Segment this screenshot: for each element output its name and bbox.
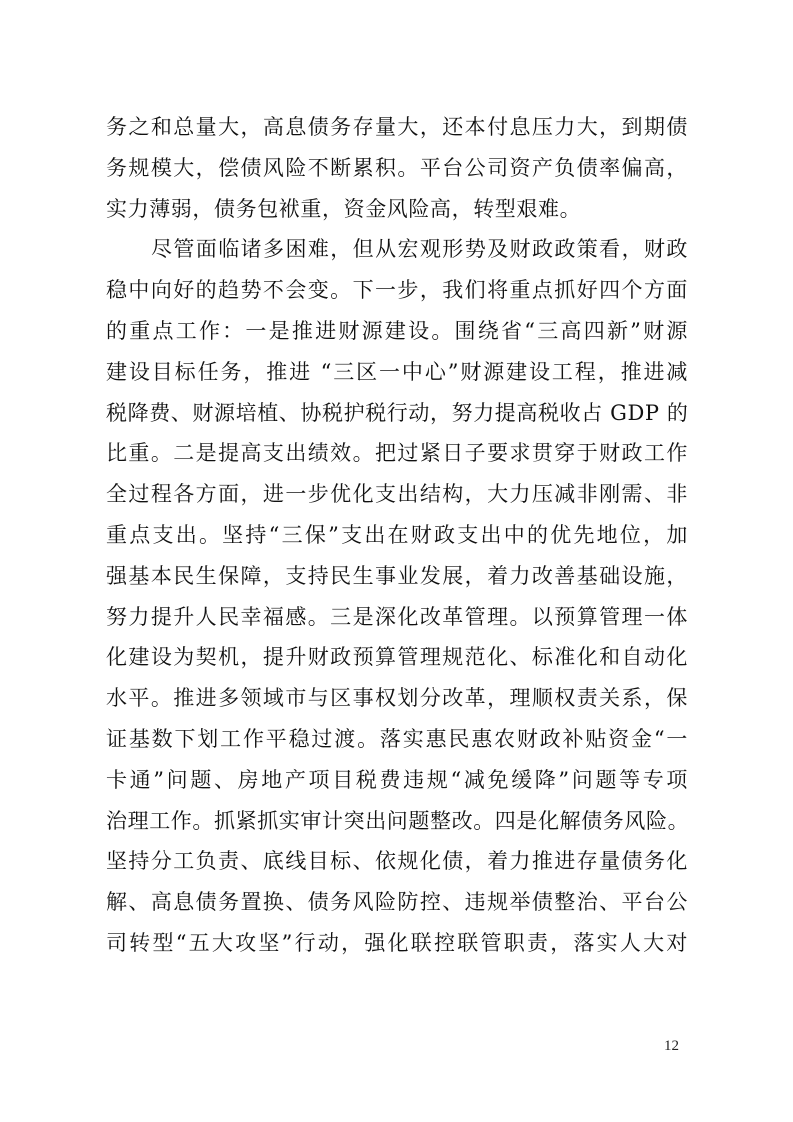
text-line: 治理工作。抓紧抓实审计突出问题整改。四是化解债务风险。 bbox=[106, 801, 688, 842]
text-line: 全过程各方面，进一步优化支出结构，大力压减非刚需、非 bbox=[106, 474, 688, 515]
text-line: 实力薄弱，债务包袱重，资金风险高，转型艰难。 bbox=[106, 189, 688, 230]
text-line: 比重。二是提高支出绩效。把过紧日子要求贯穿于财政工作 bbox=[106, 433, 688, 474]
paragraph-1: 务之和总量大，高息债务存量大，还本付息压力大，到期债 务规模大，偿债风险不断累积… bbox=[106, 107, 688, 229]
text-line: 务之和总量大，高息债务存量大，还本付息压力大，到期债 bbox=[106, 107, 688, 148]
document-page: 务之和总量大，高息债务存量大，还本付息压力大，到期债 务规模大，偿债风险不断累积… bbox=[0, 0, 793, 1122]
text-line: 解、高息债务置换、债务风险防控、违规举债整治、平台公 bbox=[106, 882, 688, 923]
text-line: 务规模大，偿债风险不断累积。平台公司资产负债率偏高， bbox=[106, 148, 688, 189]
text-line: 司转型“五大攻坚”行动，强化联控联管职责，落实人大对 bbox=[106, 923, 688, 964]
text-line: 坚持分工负责、底线目标、依规化债，着力推进存量债务化 bbox=[106, 841, 688, 882]
text-line: 证基数下划工作平稳过渡。落实惠民惠农财政补贴资金“一 bbox=[106, 719, 688, 760]
text-line: 税降费、财源培植、协税护税行动，努力提高税收占 GDP 的 bbox=[106, 393, 688, 434]
paragraph-2: 尽管面临诸多困难，但从宏观形势及财政政策看，财政 稳中向好的趋势不会变。下一步，… bbox=[106, 229, 688, 1004]
text-line: 的重点工作：一是推进财源建设。围绕省“三高四新”财源 bbox=[106, 311, 688, 352]
text-line: 尽管面临诸多困难，但从宏观形势及财政政策看，财政 bbox=[106, 229, 688, 270]
text-line: 重点支出。坚持“三保”支出在财政支出中的优先地位，加 bbox=[106, 515, 688, 556]
text-line: 建设目标任务，推进 “三区一中心”财源建设工程，推进减 bbox=[106, 352, 688, 393]
text-line: 强基本民生保障，支持民生事业发展，着力改善基础设施， bbox=[106, 556, 688, 597]
text-line: 化建设为契机，提升财政预算管理规范化、标准化和自动化 bbox=[106, 637, 688, 678]
text-line bbox=[106, 964, 688, 1005]
text-line: 水平。推进多领域市与区事权划分改革，理顺权责关系，保 bbox=[106, 678, 688, 719]
text-line: 努力提升人民幸福感。三是深化改革管理。以预算管理一体 bbox=[106, 597, 688, 638]
body-text: 务之和总量大，高息债务存量大，还本付息压力大，到期债 务规模大，偿债风险不断累积… bbox=[106, 107, 688, 1005]
text-line: 卡通”问题、房地产项目税费违规“减免缓降”问题等专项 bbox=[106, 760, 688, 801]
text-line: 稳中向好的趋势不会变。下一步，我们将重点抓好四个方面 bbox=[106, 270, 688, 311]
page-number: 12 bbox=[664, 1036, 679, 1056]
